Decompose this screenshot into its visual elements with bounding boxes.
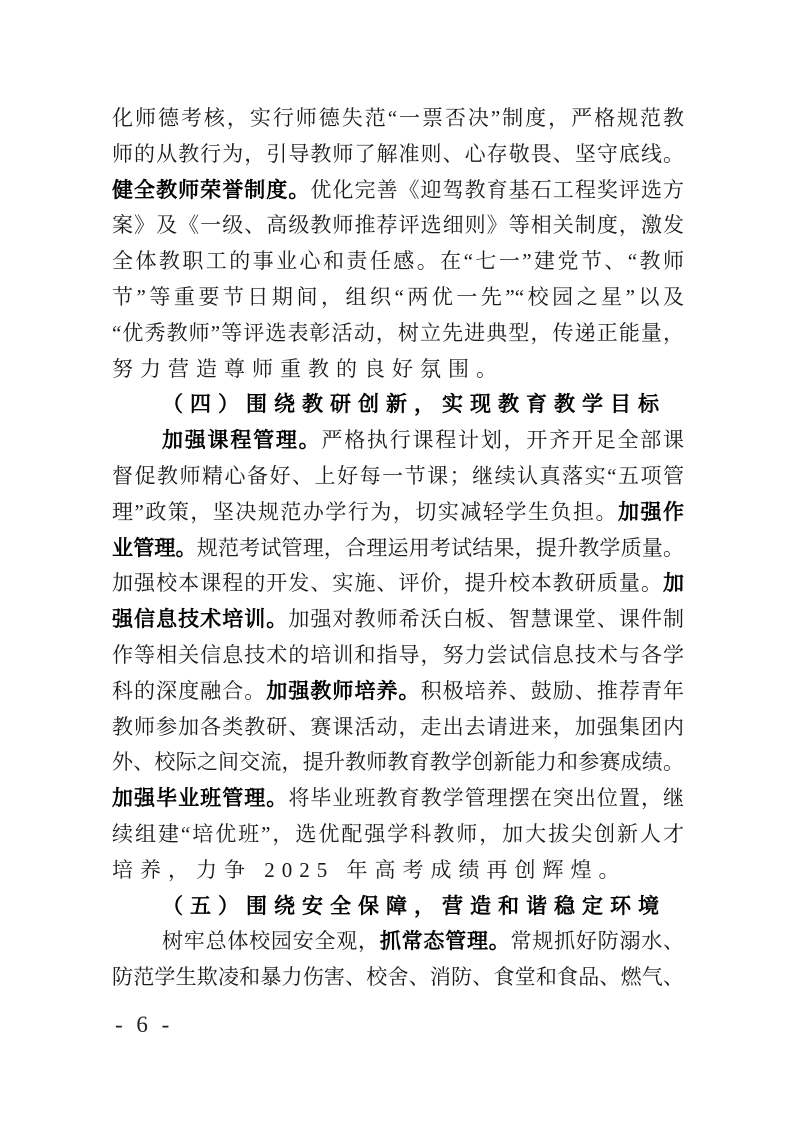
text-line: 化师德考核，实行师德失范“一票否决”制度，严格规范教	[112, 101, 684, 137]
text-line: 培养，力争 2025 年高考成绩再创辉煌。	[112, 853, 684, 889]
bold-text-run: 抓常态管理。	[380, 929, 511, 953]
bold-text-run: 加强毕业班管理。	[112, 786, 288, 810]
text-line: 加强校本课程的开发、实施、评价，提升校本教研质量。加	[112, 566, 684, 602]
text-line: 教师参加各类教研、赛课活动，走出去请进来，加强集团内	[112, 710, 684, 746]
text-run: 防范学生欺凌和暴力伤害、校舍、消防、食堂和食品、燃气、	[112, 965, 684, 989]
text-run: 加强校本课程的开发、实施、评价，提升校本教研质量。	[112, 571, 663, 595]
text-run: 化师德考核，实行师德失范“一票否决”制度，严格规范教	[112, 106, 684, 130]
bold-text-run: （四）围绕教研创新，实现教育教学目标	[162, 392, 666, 416]
text-line: 防范学生欺凌和暴力伤害、校舍、消防、食堂和食品、燃气、	[112, 960, 684, 996]
text-run: 督促教师精心备好、上好每一节课；继续认真落实“五项管	[112, 464, 684, 488]
text-line: 全体教职工的事业心和责任感。在“七一”建党节、“教师	[112, 244, 684, 280]
bold-text-run: 业管理。	[112, 536, 197, 560]
bold-text-run: 加	[663, 571, 684, 595]
text-line: 加强课程管理。严格执行课程计划，开齐开足全部课程，	[112, 423, 684, 459]
text-run: 外、校际之间交流，提升教师教育教学创新能力和参赛成绩。	[112, 750, 684, 774]
text-run: 师的从教行为，引导教师了解准则、心存敬畏、坚守底线。	[112, 142, 684, 166]
text-run: 培养，力争 2025 年高考成绩再创辉煌。	[112, 858, 627, 882]
text-line: 理”政策，坚决规范办学行为，切实减轻学生负担。加强作	[112, 495, 684, 531]
text-run: 努力营造尊师重教的良好氛围。	[112, 357, 504, 381]
text-run: “优秀教师”等评选表彰活动，树立先进典型，传递正能量，	[112, 321, 684, 345]
text-line: 加强毕业班管理。将毕业班教育教学管理摆在突出位置，继	[112, 781, 684, 817]
text-line: 师的从教行为，引导教师了解准则、心存敬畏、坚守底线。	[112, 137, 684, 173]
text-line: 案》及《一级、高级教师推荐评选细则》等相关制度，激发	[112, 208, 684, 244]
text-run: 教师参加各类教研、赛课活动，走出去请进来，加强集团内	[112, 715, 684, 739]
text-run: 将毕业班教育教学管理摆在突出位置，继	[288, 786, 684, 810]
text-line: 树牢总体校园安全观，抓常态管理。常规抓好防溺水、	[112, 924, 684, 960]
text-line: 科的深度融合。加强教师培养。积极培养、鼓励、推荐青年	[112, 674, 684, 710]
text-run: 科的深度融合。	[112, 679, 266, 703]
section-heading: （五）围绕安全保障，营造和谐稳定环境	[112, 889, 684, 925]
text-line: “优秀教师”等评选表彰活动，树立先进典型，传递正能量，	[112, 316, 684, 352]
document-page: 化师德考核，实行师德失范“一票否决”制度，严格规范教师的从教行为，引导教师了解准…	[0, 0, 793, 1122]
text-line: 节”等重要节日期间，组织“两优一先”“校园之星”以及	[112, 280, 684, 316]
text-line: 努力营造尊师重教的良好氛围。	[112, 352, 684, 388]
text-line: 强信息技术培训。加强对教师希沃白板、智慧课堂、课件制	[112, 602, 684, 638]
document-body: 化师德考核，实行师德失范“一票否决”制度，严格规范教师的从教行为，引导教师了解准…	[112, 101, 684, 996]
bold-text-run: （五）围绕安全保障，营造和谐稳定环境	[162, 894, 666, 918]
page-number: - 6 -	[115, 1012, 173, 1038]
text-run: 规范考试管理，合理运用考试结果，提升教学质量。	[197, 536, 684, 560]
section-heading: （四）围绕教研创新，实现教育教学目标	[112, 387, 684, 423]
text-run: 常规抓好防溺水、	[511, 929, 684, 953]
text-run: 续组建“培优班”，选优配强学科教师，加大拔尖创新人才	[112, 822, 684, 846]
text-run: 全体教职工的事业心和责任感。在“七一”建党节、“教师	[112, 249, 684, 273]
text-run: 节”等重要节日期间，组织“两优一先”“校园之星”以及	[112, 285, 684, 309]
text-run: 加强对教师希沃白板、智慧课堂、课件制	[288, 607, 684, 631]
text-run: 积极培养、鼓励、推荐青年	[421, 679, 684, 703]
text-run: 理”政策，坚决规范办学行为，切实减轻学生负担。	[112, 500, 618, 524]
bold-text-run: 健全教师荣誉制度。	[112, 178, 310, 202]
text-run: 案》及《一级、高级教师推荐评选细则》等相关制度，激发	[112, 213, 684, 237]
text-line: 业管理。规范考试管理，合理运用考试结果，提升教学质量。	[112, 531, 684, 567]
bold-text-run: 加强教师培养。	[266, 679, 420, 703]
text-run: 优化完善《迎驾教育基石工程奖评选方	[310, 178, 684, 202]
bold-text-run: 强信息技术培训。	[112, 607, 288, 631]
text-run: 作等相关信息技术的培训和指导，努力尝试信息技术与各学	[112, 643, 684, 667]
text-line: 外、校际之间交流，提升教师教育教学创新能力和参赛成绩。	[112, 745, 684, 781]
text-run: 树牢总体校园安全观，	[162, 929, 380, 953]
text-line: 续组建“培优班”，选优配强学科教师，加大拔尖创新人才	[112, 817, 684, 853]
text-line: 作等相关信息技术的培训和指导，努力尝试信息技术与各学	[112, 638, 684, 674]
bold-text-run: 加强作	[618, 500, 684, 524]
bold-text-run: 加强课程管理。	[162, 428, 321, 452]
text-line: 健全教师荣誉制度。优化完善《迎驾教育基石工程奖评选方	[112, 173, 684, 209]
text-line: 督促教师精心备好、上好每一节课；继续认真落实“五项管	[112, 459, 684, 495]
